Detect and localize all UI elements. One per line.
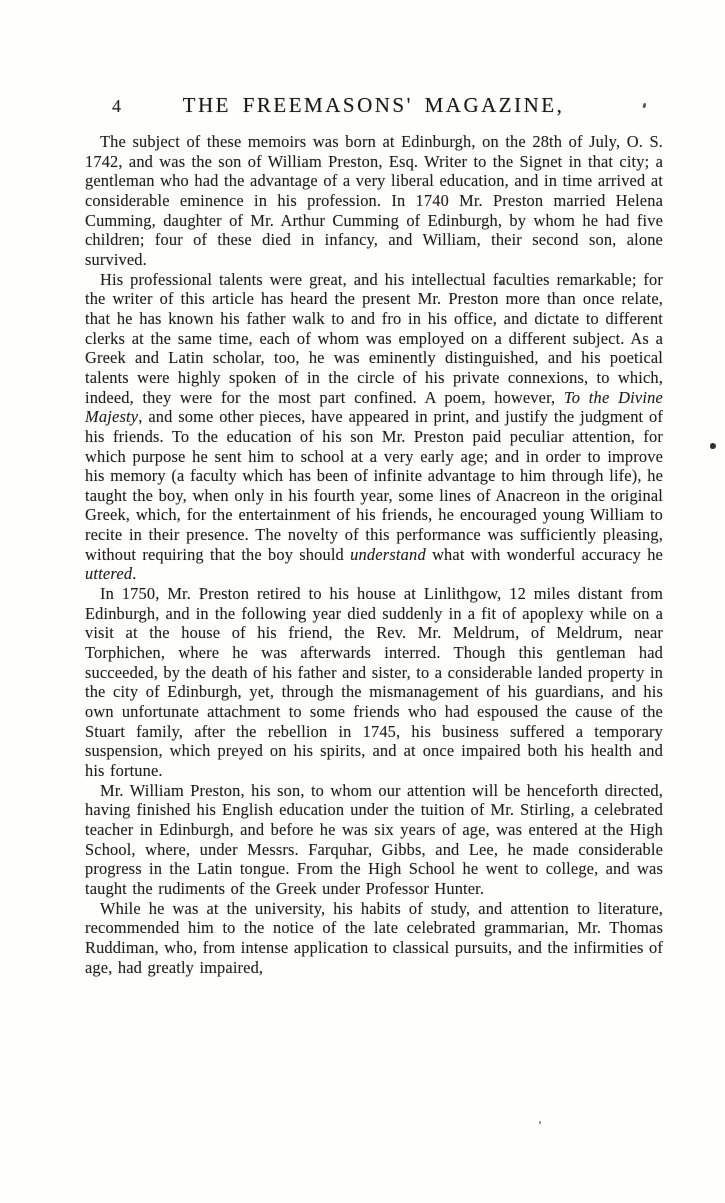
ink-speck <box>710 443 716 449</box>
paragraph: In 1750, Mr. Preston retired to his hous… <box>85 584 663 781</box>
article-body: The subject of these memoirs was born at… <box>85 132 663 977</box>
ink-speck <box>539 1121 541 1124</box>
page-header-title: THE FREEMASONS' MAGAZINE, <box>85 93 662 118</box>
paragraph: Mr. William Preston, his son, to whom ou… <box>85 781 663 899</box>
text-run: . <box>132 564 136 583</box>
text-run: , and some other pieces, have appeared i… <box>85 407 663 564</box>
text-run: what with wonderful accuracy he <box>426 545 663 564</box>
italic-text-run: understand <box>350 545 426 564</box>
text-run: While he was at the university, his habi… <box>85 899 663 977</box>
paragraph: His professional talents were great, and… <box>85 270 663 585</box>
text-run: His professional talents were great, and… <box>85 270 663 407</box>
text-run: In 1750, Mr. Preston retired to his hous… <box>85 584 663 780</box>
text-run: The subject of these memoirs was born at… <box>85 132 663 269</box>
paragraph: While he was at the university, his habi… <box>85 899 663 978</box>
text-run: Mr. William Preston, his son, to whom ou… <box>85 781 663 898</box>
scanned-book-page: 4 THE FREEMASONS' MAGAZINE, The subject … <box>0 0 725 1203</box>
italic-text-run: uttered <box>85 564 132 583</box>
paragraph: The subject of these memoirs was born at… <box>85 132 663 270</box>
